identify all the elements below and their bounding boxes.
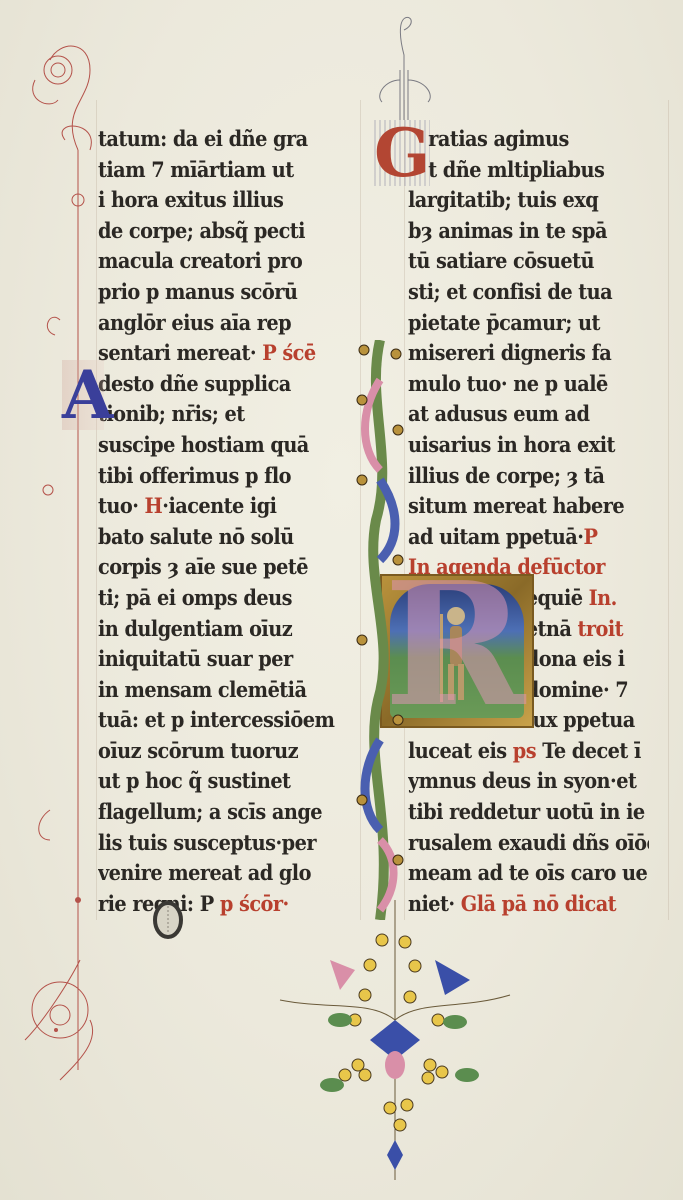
- manuscript-page: tatum: da ei dñe gra tiam 7 mīārtiam ut …: [0, 0, 683, 1200]
- text-line: prio p manus scōrū: [98, 277, 339, 308]
- text-line: mulo tuo· ne p ualē: [408, 369, 649, 400]
- rubric: troit: [578, 616, 623, 641]
- text-line: ratias agimus: [408, 124, 649, 155]
- text-line: pietate p̄camur; ut: [408, 308, 649, 339]
- rubric: H: [145, 493, 163, 518]
- text-line: flagellum; a scīs ange: [98, 797, 339, 828]
- text-line: venire mereat ad glo: [98, 858, 339, 889]
- text-line: bato salute nō solū: [98, 522, 339, 553]
- text-column-right: ratias agimus t dñe mltipliabus largitat…: [408, 124, 670, 919]
- cadel-initial-g: [148, 900, 188, 940]
- text-line: in mensam clemētiā: [98, 675, 339, 706]
- floral-spray-decoration: [270, 900, 520, 1190]
- text-line: tuo· H·iacente igi: [98, 491, 339, 522]
- grey-pen-flourish: [370, 10, 440, 125]
- text-line: in dulgentiam oīuz: [98, 614, 339, 645]
- text-line: rusalem exaudi dñs oīōez: [408, 828, 649, 859]
- text-line: bȝ animas in te spā: [408, 216, 649, 247]
- text-line: at adusus eum ad: [408, 399, 649, 430]
- initial-a: A: [62, 360, 104, 430]
- text-line: tū satiare cōsuetū: [408, 246, 649, 277]
- text-line: desto dñe supplica: [98, 369, 339, 400]
- text-line: macula creatori pro: [98, 246, 339, 277]
- initial-g: G: [374, 120, 430, 186]
- text-line: tibi reddetur uotū in ie: [408, 797, 649, 828]
- text-line: situm mereat habere: [408, 491, 649, 522]
- ruling-line: [404, 100, 405, 920]
- text-line: t dñe mltipliabus: [408, 155, 649, 186]
- text-line: tiam 7 mīārtiam ut: [98, 155, 339, 186]
- text-line: misereri digneris fa: [408, 338, 649, 369]
- text-line: iniquitatū suar per: [98, 644, 339, 675]
- rubric: P ścē: [262, 340, 315, 365]
- text-line: tionib; nr̄is; et: [98, 399, 339, 430]
- acanthus-border: [356, 340, 404, 920]
- text-line: tatum: da ei dñe gra: [98, 124, 339, 155]
- text-line: oīuz scōrum tuoruz: [98, 736, 339, 767]
- text-line: lis tuis susceptus·per: [98, 828, 339, 859]
- text-line: ti; pā ei omps deus: [98, 583, 339, 614]
- text-line: meam ad te oīs caro ue: [408, 858, 649, 889]
- text-line: uisarius in hora exit: [408, 430, 649, 461]
- text-column-left: tatum: da ei dñe gra tiam 7 mīārtiam ut …: [98, 124, 360, 919]
- text-line: i hora exitus illius: [98, 185, 339, 216]
- text-line: tuā: et p intercessiōem: [98, 705, 339, 736]
- text-line: anglōr eius aīa rep: [98, 308, 339, 339]
- text-line: sentari mereat· P ścē: [98, 338, 339, 369]
- red-penwork-flourish: [20, 20, 110, 1100]
- text-line: largitatib; tuis exq: [408, 185, 649, 216]
- rubric: P: [583, 524, 597, 549]
- text-line: sti; et confisi de tua: [408, 277, 649, 308]
- text-line: ymnus deus in syon·et: [408, 766, 649, 797]
- rubric: In.: [589, 585, 617, 610]
- text-line: de corpe; absq̃ pecti: [98, 216, 339, 247]
- text-line: ut p hoc q̃ sustinet: [98, 766, 339, 797]
- text-line: corpis ȝ aīe sue petē: [98, 552, 339, 583]
- text-line: suscipe hostiam quā: [98, 430, 339, 461]
- text-line: illius de corpe; ȝ tā: [408, 461, 649, 492]
- initial-r-letter: R: [384, 560, 525, 730]
- text-line: tibi offerimus p flo: [98, 461, 339, 492]
